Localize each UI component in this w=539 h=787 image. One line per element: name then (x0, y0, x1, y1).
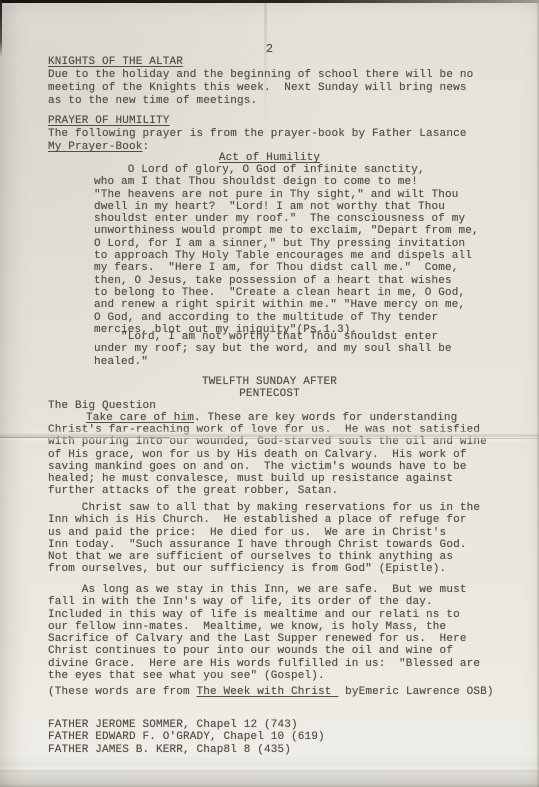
sunday-title-line1: TWELFTH SUNDAY AFTER (0, 376, 539, 388)
credit-suffix: byEmeric Lawrence OSB) (338, 686, 493, 698)
knights-section-body: Due to the holiday and the beginning of … (48, 69, 473, 108)
credit-prefix: (These words are from (48, 686, 197, 698)
fold-crease-vertical (264, 0, 267, 135)
credit-book-title: The Week with Christ (197, 686, 339, 698)
page-number: 2 (0, 42, 539, 56)
lead-sentence: Take care of him. These are key words fo… (48, 412, 457, 424)
sunday-paragraph-3: As long as we stay in this Inn, we are s… (48, 584, 480, 682)
credit-line: (These words are from The Week with Chri… (48, 686, 494, 698)
scan-edge-left (0, 0, 2, 58)
act-of-humility-closing: "Lord, I am not worthy that Thou shoulds… (94, 331, 452, 368)
scanned-newsletter-page: 2 KNIGHTS OF THE ALTAR Due to the holida… (0, 0, 539, 787)
scan-edge-top (0, 0, 539, 3)
act-of-humility-title: Act of Humility (0, 152, 539, 164)
lead-rest: . These are key words for understanding (194, 412, 457, 424)
sunday-title-line2: PENTECOST (0, 388, 539, 400)
fold-crease-bottom (0, 765, 539, 773)
sunday-paragraph-2: Christ saw to all that by making reserva… (48, 502, 480, 576)
sunday-paragraph-1: Christ's far-reaching work of love for u… (48, 424, 487, 498)
knights-section-heading: KNIGHTS OF THE ALTAR (48, 56, 183, 69)
big-question-subheading: The Big Question (48, 400, 156, 412)
prayer-section-heading: PRAYER OF HUMILITY (48, 115, 170, 128)
lead-underlined-phrase: Take care of him (86, 412, 194, 424)
act-of-humility-text: O Lord of glory, O God of infinite sanct… (94, 164, 479, 336)
prayer-section-intro: The following prayer is from the prayer-… (48, 128, 467, 141)
chaplain-directory: FATHER JEROME SOMMER, Chapel 12 (743) FA… (48, 719, 325, 756)
